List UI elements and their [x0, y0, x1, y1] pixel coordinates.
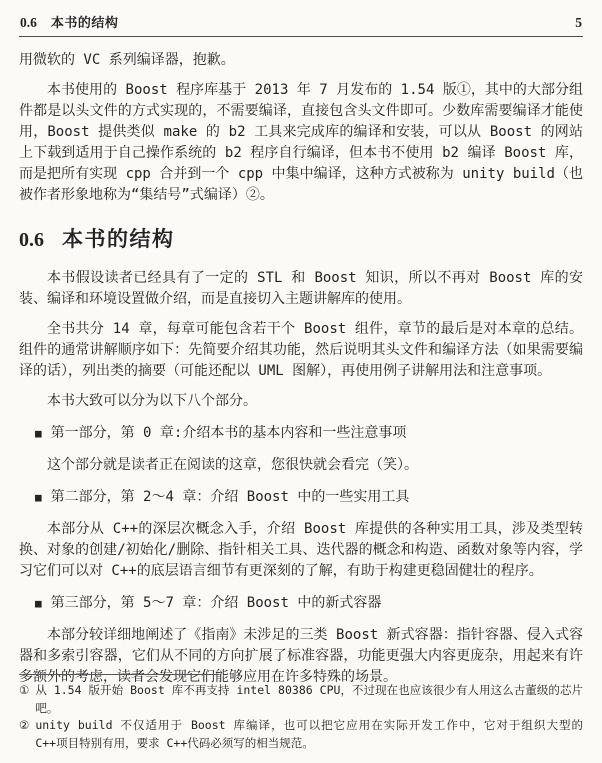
- bullet-square-icon: ■: [35, 593, 42, 614]
- list-item: ■ 第二部分，第 2～4 章：介绍 Boost 中的一些实用工具: [35, 487, 583, 508]
- paragraph: 本书大致可以分为以下八个部分。: [19, 391, 583, 412]
- list-item: ■ 第一部分，第 0 章:介绍本书的基本内容和一些注意事项: [35, 423, 583, 444]
- section-heading: 0.6 本书的结构: [19, 229, 583, 251]
- paragraph: 这个部分就是读者正在阅读的这章，您很快就会看完（笑）。: [19, 455, 583, 476]
- footnote: ② unity build 不仅适用于 Boost 库编译，也可以把它应用在实际…: [19, 717, 583, 752]
- footnote-marker: ②: [19, 717, 29, 752]
- paragraph: 本书使用的 Boost 程序库基于 2013 年 7 月发布的 1.54 版①，…: [19, 80, 583, 206]
- section-title: 本书的结构: [62, 229, 175, 250]
- list-item-text: 第三部分，第 5～7 章：介绍 Boost 中的新式容器: [51, 593, 382, 614]
- list-item-text: 第一部分，第 0 章:介绍本书的基本内容和一些注意事项: [51, 423, 407, 444]
- bullet-square-icon: ■: [35, 423, 42, 444]
- running-header: 0.6 本书的结构 5: [19, 10, 583, 36]
- book-page: 0.6 本书的结构 5 用微软的 VC 系列编译器，抱歉。 本书使用的 Boos…: [0, 0, 602, 763]
- header-section-number: 0.6: [20, 15, 37, 31]
- paragraph: 本部分从 C++的深层次概念入手，介绍 Boost 库提供的各种实用工具，涉及类…: [19, 519, 583, 582]
- header-rule: [19, 36, 583, 37]
- section-number: 0.6: [19, 230, 44, 251]
- bullet-square-icon: ■: [35, 487, 42, 508]
- running-header-left: 0.6 本书的结构: [20, 12, 118, 31]
- footnotes-block: ① 从 1.54 版开始 Boost 库不再支持 intel 80386 CPU…: [19, 674, 583, 752]
- footnote: ① 从 1.54 版开始 Boost 库不再支持 intel 80386 CPU…: [19, 682, 583, 717]
- footnote-rule: [19, 674, 219, 675]
- page-number: 5: [575, 15, 582, 31]
- paragraph-continuation: 用微软的 VC 系列编译器，抱歉。: [19, 50, 583, 71]
- page-body: 用微软的 VC 系列编译器，抱歉。 本书使用的 Boost 程序库基于 2013…: [19, 50, 583, 688]
- footnote-text: unity build 不仅适用于 Boost 库编译，也可以把它应用在实际开发…: [35, 717, 583, 752]
- list-item-text: 第二部分，第 2～4 章：介绍 Boost 中的一些实用工具: [51, 487, 410, 508]
- footnote-marker: ①: [19, 682, 29, 717]
- footnote-text: 从 1.54 版开始 Boost 库不再支持 intel 80386 CPU，不…: [35, 682, 583, 717]
- paragraph: 全书共分 14 章，每章可能包含若干个 Boost 组件，章节的最后是对本章的总…: [19, 319, 583, 382]
- paragraph: 本书假设读者已经具有了一定的 STL 和 Boost 知识，所以不再对 Boos…: [19, 268, 583, 310]
- list-item: ■ 第三部分，第 5～7 章：介绍 Boost 中的新式容器: [35, 593, 583, 614]
- header-section-title: 本书的结构: [51, 12, 119, 31]
